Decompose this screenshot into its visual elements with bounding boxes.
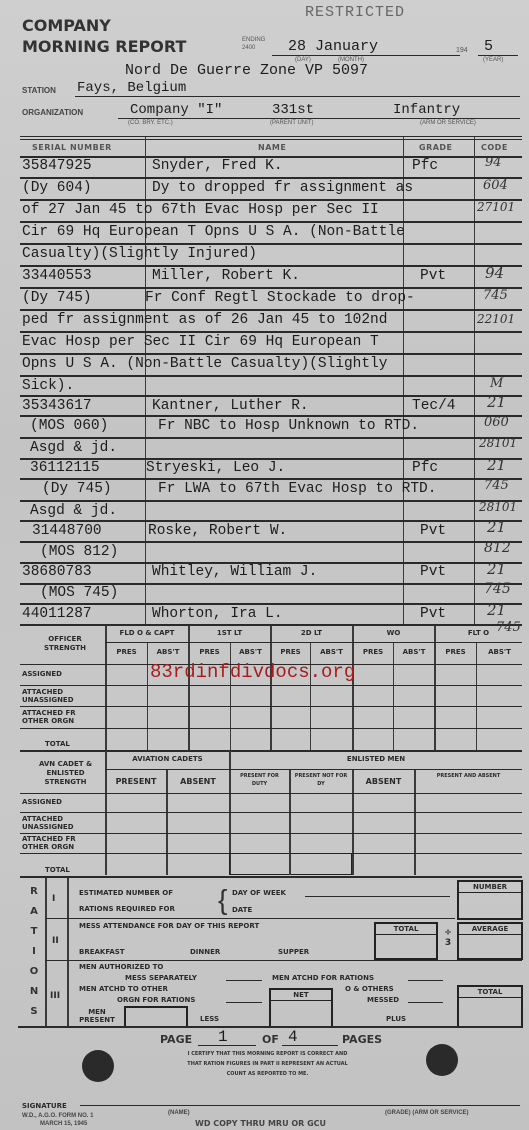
column-header-name: NAME (258, 143, 286, 152)
mos-code: (MOS 745) (40, 585, 118, 601)
column-header-code: CODE (481, 143, 508, 152)
code: 28101 (479, 436, 517, 450)
grade: Pvt (420, 268, 446, 284)
row-label-attached-fr-other-orgn: ATTACHED FR OTHER ORGN (22, 709, 102, 725)
row-label-attached-unassigned: ATTACHED UNASSIGNED (22, 815, 102, 831)
group-header-1st-lt: 1ST LT (189, 629, 270, 637)
plus-label: PLUS (386, 1015, 406, 1023)
net-label: NET (271, 990, 331, 1001)
organization-underline (118, 118, 520, 119)
code: 94 (485, 264, 504, 282)
grid-rule (20, 706, 522, 707)
code: 21 (487, 560, 506, 578)
grid-divider (147, 642, 148, 750)
soldier-name: Kantner, Luther R. (152, 398, 309, 414)
day-of-week-label: DAY OF WEEK (232, 889, 286, 897)
arm-caption: (ARM OR SERVICE) (420, 120, 476, 126)
ending-label: ENDING 2400 (242, 36, 268, 52)
remark-text: Casualty)(Slightly Injured) (22, 246, 257, 262)
form-number: W.D., A.G.O. FORM NO. 1 (22, 1113, 93, 1119)
row-label-attached-fr-other-orgn: ATTACHED FR OTHER ORGN (22, 835, 102, 851)
page-number: 1 (218, 1028, 228, 1046)
code: M (490, 376, 503, 391)
code: 28101 (479, 500, 517, 514)
atchd-for-rations-field[interactable] (408, 980, 443, 981)
code: 745 (484, 581, 511, 597)
year-prefix: 194 (456, 47, 468, 54)
subheader-abst: ABS'T (148, 648, 188, 656)
form-date: MARCH 15, 1945 (40, 1121, 87, 1127)
certify-line: I CERTIFY THAT THIS MORNING REPORT IS CO… (145, 1049, 390, 1059)
subheader-abst: ABS'T (231, 648, 270, 656)
serial-number: 31448700 (32, 523, 102, 539)
grid-divider (352, 626, 354, 750)
mess-attendance-label: MESS ATTENDANCE FOR DAY OF THIS REPORT (79, 922, 259, 930)
location-line: Nord De Guerre Zone VP 5097 (125, 62, 368, 79)
row-label-assigned: ASSIGNED (22, 670, 102, 678)
unit-caption: (CO. BRY. ETC.) (128, 120, 173, 126)
code: 21 (487, 518, 506, 536)
remark-text: ped fr assignment as of 26 Jan 45 to 102… (22, 312, 387, 328)
side-letter: A (27, 902, 41, 922)
section-rule (45, 918, 455, 919)
code: 22101 (477, 312, 515, 326)
row-rule (20, 221, 522, 223)
rations-divider (67, 878, 69, 1026)
serial-number: 44011287 (22, 606, 92, 622)
officer-strength-title: OFFICER STRENGTH (30, 635, 100, 653)
atchd-other-field[interactable] (226, 1002, 262, 1003)
row-rule (20, 478, 522, 480)
pages-label: PAGES (342, 1033, 382, 1046)
table-top-rule (20, 136, 522, 137)
row-rule (20, 199, 522, 201)
form-title-line1: COMPANY (22, 16, 111, 35)
auth-label-2: MESS SEPARATELY (125, 974, 197, 982)
code: 745 (484, 478, 509, 493)
column-header-serial: SERIAL NUMBER (32, 143, 112, 152)
code: 812 (484, 540, 511, 556)
mess-total-box[interactable]: TOTAL (374, 922, 438, 960)
grid-rule (20, 876, 522, 878)
number-box-label: NUMBER (459, 882, 521, 893)
breakfast-label: BREAKFAST (79, 948, 125, 956)
subheader-pres: PRES (271, 648, 310, 656)
grid-rule (105, 642, 522, 643)
others-label-2: MESSED (367, 996, 399, 1004)
row-rule (20, 395, 522, 397)
mos-code: (MOS 060) (30, 418, 108, 434)
signature-field[interactable] (80, 1105, 520, 1106)
supper-label: SUPPER (278, 948, 309, 956)
code: 27101 (477, 200, 515, 214)
remark-text: of 27 Jan 45 to 67th Evac Hosp per Sec I… (22, 202, 379, 218)
divide-by-three: ÷ 3 (442, 928, 454, 948)
row-rule (20, 541, 522, 543)
row-label-assigned: ASSIGNED (22, 798, 102, 806)
section-ii-numeral: II (52, 937, 59, 945)
subheader-present: PRESENT (106, 777, 166, 786)
brace-icon: { (218, 884, 227, 916)
station-label: STATION (22, 86, 56, 95)
row-label-total: TOTAL (45, 866, 70, 874)
mos-code: (MOS 812) (40, 544, 118, 560)
average-box[interactable]: AVERAGE (457, 922, 523, 960)
subheader-abst: ABS'T (477, 648, 522, 656)
organization-parent: 331st (272, 102, 314, 118)
section-iii-numeral: III (50, 992, 60, 1000)
subheader-absent: ABSENT (167, 777, 229, 786)
grade: Pfc (412, 158, 438, 174)
table-top-rule-2 (20, 139, 522, 140)
row-rule (20, 603, 522, 605)
grid-rule (20, 812, 522, 813)
men-present-box[interactable] (124, 1006, 188, 1028)
page-total: 4 (288, 1028, 298, 1046)
duty-code: (Dy 745) (42, 481, 112, 497)
grid-divider (476, 642, 477, 750)
grid-rule (105, 769, 522, 770)
grid-divider (105, 626, 107, 750)
grade: Pvt (420, 606, 446, 622)
year-underline (478, 55, 518, 56)
station-value: Fays, Belgium (77, 80, 186, 96)
subheader-absent: ABSENT (353, 777, 414, 786)
date-underline (272, 55, 460, 56)
grid-rule (20, 728, 522, 729)
side-letter: N (27, 982, 41, 1002)
remark-text: Fr Conf Regtl Stockade to drop- (145, 290, 415, 306)
atchd-for-rations-label: MEN ATCHD FOR RATIONS (272, 974, 374, 982)
name-caption: (NAME) (168, 1110, 190, 1116)
side-letter: S (27, 1002, 41, 1022)
mess-total-label: TOTAL (376, 924, 436, 935)
mess-separately-field[interactable] (226, 980, 262, 981)
column-header-grade: GRADE (419, 143, 453, 152)
remark-text: Sick). (22, 378, 74, 394)
grade: Pvt (420, 564, 446, 580)
row-rule (20, 520, 522, 522)
form-title-line2: MORNING REPORT (22, 37, 186, 56)
watermark: 83rdinfdivdocs.org (150, 661, 355, 683)
year-caption: (YEAR) (483, 57, 503, 63)
grid-rule (20, 793, 522, 794)
duty-code: (Dy 745) (22, 290, 92, 306)
row-rule (20, 331, 522, 333)
group-header-fld-o-capt: FLD O & CAPT (106, 629, 188, 637)
soldier-name: Miller, Robert K. (152, 268, 300, 284)
row-rule (20, 500, 522, 502)
soldier-name: Whitley, William J. (152, 564, 317, 580)
grid-divider (414, 770, 416, 875)
grid-rule (20, 685, 522, 686)
grid-divider (270, 626, 272, 750)
subheader-present-not-for-duty: PRESENT NOT FOR DY (292, 772, 350, 788)
remark-text: Dy to dropped fr assignment as (152, 180, 413, 196)
binder-hole-left (82, 1050, 114, 1082)
organization-arm: Infantry (393, 102, 460, 118)
certify-line: THAT RATION FIGURES IN PART II REPRESENT… (145, 1059, 390, 1069)
of-label: OF (262, 1033, 279, 1046)
side-letter: O (27, 962, 41, 982)
grade-caption: (GRADE) (ARM OR SERVICE) (385, 1110, 469, 1116)
grid-divider (310, 642, 311, 750)
grid-divider (393, 642, 394, 750)
soldier-name: Roske, Robert W. (148, 523, 287, 539)
code: 604 (483, 178, 508, 193)
row-rule (20, 437, 522, 439)
subheader-present-for-duty: PRESENT FOR DUTY (232, 772, 287, 788)
remark-text: Asgd & jd. (30, 503, 117, 519)
remark-text: Asgd & jd. (30, 440, 117, 456)
subheader-pres: PRES (189, 648, 230, 656)
day-of-week-field[interactable] (305, 896, 450, 897)
remark-text: Opns U S A. (Non-Battle Casualty)(Slight… (22, 356, 387, 372)
grid-divider (289, 853, 291, 875)
row-rule (20, 265, 522, 267)
subheader-pres: PRES (353, 648, 393, 656)
row-rule (20, 309, 522, 311)
auth-label-1: MEN AUTHORIZED TO (79, 963, 163, 971)
net-box[interactable]: NET (269, 988, 333, 1028)
section-i-label-2: RATIONS REQUIRED FOR (79, 905, 175, 913)
serial-number: 38680783 (22, 564, 92, 580)
certification-text: I CERTIFY THAT THIS MORNING REPORT IS CO… (145, 1049, 390, 1079)
men-present-label: MEN PRESENT (72, 1008, 122, 1024)
grade: Tec/4 (412, 398, 456, 414)
code: 21 (487, 601, 506, 619)
subheader-present-and-absent: PRESENT AND ABSENT (415, 772, 522, 780)
enlisted-strength-title: AVN CADET & ENLISTED STRENGTH (28, 760, 103, 787)
section-i-label-1: ESTIMATED NUMBER OF (79, 889, 173, 897)
station-underline (75, 96, 520, 97)
rations-total-label: TOTAL (459, 987, 521, 998)
section-i-numeral: I (52, 895, 55, 903)
average-label: AVERAGE (459, 924, 521, 935)
serial-number: 35847925 (22, 158, 92, 174)
report-year: 5 (484, 38, 493, 55)
serial-number: 33440553 (22, 268, 92, 284)
rations-side-label: R A T I O N S (27, 882, 41, 1022)
row-rule (20, 243, 522, 245)
remark-text: Fr LWA to 67th Evac Hosp to RTD. (158, 481, 436, 497)
parent-caption: (PARENT UNIT) (270, 120, 313, 126)
name-grade-divider (403, 137, 404, 624)
overflow-code: 745 (496, 620, 521, 635)
total-highlight-box (229, 853, 352, 875)
binder-hole-right (426, 1044, 458, 1076)
grid-divider (230, 642, 231, 750)
morning-report-document: RESTRICTED COMPANY MORNING REPORT ENDING… (0, 0, 529, 1130)
remark-text: Cir 69 Hq European T Opns U S A. (Non-Ba… (22, 224, 405, 240)
soldier-name: Whorton, Ira L. (152, 606, 283, 622)
grid-divider (188, 626, 190, 750)
soldier-name: Snyder, Fred K. (152, 158, 283, 174)
subheader-abst: ABS'T (311, 648, 352, 656)
rations-total-box[interactable]: TOTAL (457, 985, 523, 1028)
page-label: PAGE (160, 1033, 192, 1046)
atchd-other-label-1: MEN ATCHD TO OTHER (79, 985, 168, 993)
code: 94 (485, 155, 502, 170)
certify-line: COUNT AS REPORTED TO ME. (145, 1069, 390, 1079)
grade: Pfc (412, 460, 438, 476)
serial-number: 35343617 (22, 398, 92, 414)
code: 21 (487, 393, 506, 411)
duty-code: (Dy 604) (22, 180, 92, 196)
restricted-stamp: RESTRICTED (305, 4, 405, 21)
soldier-name: Stryeski, Leo J. (146, 460, 285, 476)
row-rule (20, 177, 522, 179)
organization-unit: Company "I" (130, 102, 222, 118)
others-messed-field[interactable] (408, 1002, 443, 1003)
remark-text: Evac Hosp per Sec II Cir 69 Hq European … (22, 334, 379, 350)
subheader-pres: PRES (435, 648, 476, 656)
grade-code-divider (474, 137, 475, 624)
code: 060 (484, 415, 509, 430)
row-rule (20, 287, 522, 289)
group-header-wo: WO (353, 629, 434, 637)
serial-number: 36112115 (30, 460, 100, 476)
copy-note: WD COPY THRU MRU OR GCU (195, 1119, 326, 1128)
side-letter: I (27, 942, 41, 962)
less-label: LESS (200, 1015, 219, 1023)
signature-label: SIGNATURE (22, 1102, 67, 1110)
row-label-total: TOTAL (45, 740, 70, 748)
number-box[interactable]: NUMBER (457, 880, 523, 920)
remark-text: Fr NBC to Hosp Unknown to RTD. (158, 418, 419, 434)
side-letter: R (27, 882, 41, 902)
code: 21 (487, 456, 506, 474)
date-label: DATE (232, 906, 252, 914)
code: 745 (483, 288, 508, 303)
grid-rule (20, 750, 522, 752)
group-header-enlisted-men: ENLISTED MEN (230, 755, 522, 763)
side-letter: T (27, 922, 41, 942)
row-rule (20, 375, 522, 377)
grid-rule (20, 833, 522, 834)
dinner-label: DINNER (190, 948, 220, 956)
rations-bottom-rule (18, 1026, 522, 1028)
organization-label: ORGANIZATION (22, 108, 83, 117)
row-rule (20, 353, 522, 355)
group-header-2d-lt: 2D LT (271, 629, 352, 637)
report-date: 28 January (288, 38, 378, 55)
subheader-pres: PRES (106, 648, 147, 656)
grid-divider (434, 626, 436, 750)
group-header-aviation-cadets: AVIATION CADETS (106, 755, 229, 763)
others-label-1: O & OTHERS (345, 985, 394, 993)
rations-divider (45, 878, 47, 1026)
row-label-attached-unassigned: ATTACHED UNASSIGNED (22, 688, 102, 704)
subheader-abst: ABS'T (394, 648, 434, 656)
row-rule (20, 415, 522, 417)
atchd-other-label-2: ORGN FOR RATIONS (117, 996, 195, 1004)
grade: Pvt (420, 523, 446, 539)
section-rule (45, 960, 522, 961)
